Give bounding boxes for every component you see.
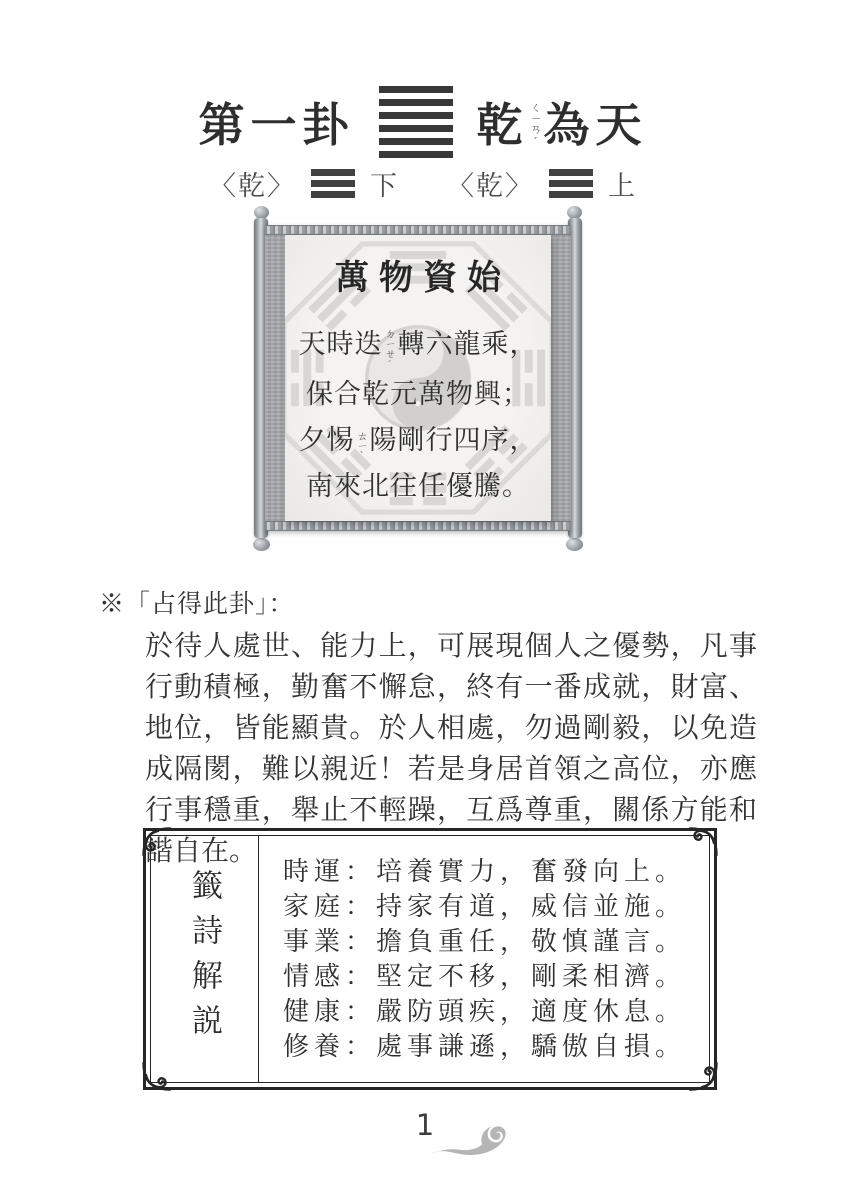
upper-trigram-name: 〈乾〉 (447, 164, 534, 203)
hexagram-zhuyin-label: ㄑㄧㄢˊ (530, 101, 542, 149)
scroll-banner: 萬物資始 天時迭ㄉㄧㄝˊ轉六龍乘， 保合乾元萬物興； 夕惕ㄊㄧˋ陽剛行四序， 南… (252, 204, 584, 551)
scroll-heading: 萬物資始 (285, 259, 551, 299)
trigram-formula: 〈乾〉 下 〈乾〉 上 (0, 164, 846, 203)
fortune-side-label: 籤詩解説 (151, 836, 258, 1082)
lower-position-label: 下 (370, 164, 399, 203)
hexagram-poem: 天時迭ㄉㄧㄝˊ轉六龍乘， 保合乾元萬物興； 夕惕ㄊㄧˋ陽剛行四序， 南來北往任優… (285, 321, 551, 509)
chapter-number-label: 第一卦 (199, 89, 355, 155)
hexagram-name-label: 乾 (477, 89, 529, 155)
zhuyin-annotation: ㄉㄧㄝˊ (384, 328, 396, 371)
poem-line-1: 天時迭ㄉㄧㄝˊ轉六龍乘， (285, 321, 551, 371)
upper-position-label: 上 (608, 164, 637, 203)
fortune-row-jiating: 家庭：持家有道，威信並施。 (283, 889, 709, 924)
fortune-row-qinggan: 情感：堅定不移，剛柔相濟。 (283, 959, 709, 994)
poem-line-2: 保合乾元萬物興； (285, 371, 551, 417)
hexagram-title: 乾 ㄑㄧㄢˊ 為天 (477, 89, 648, 155)
page-title: 第一卦 乾 ㄑㄧㄢˊ 為天 (0, 86, 846, 158)
roller-knob-icon (253, 538, 270, 551)
scroll-paper: 萬物資始 天時迭ㄉㄧㄝˊ轉六龍乘， 保合乾元萬物興； 夕惕ㄊㄧˋ陽剛行四序， 南… (285, 235, 551, 521)
fortune-box: 籤詩解説 時運：培養實力，奮發向上。 家庭：持家有道，威信並施。 事業：擔負重任… (143, 828, 717, 1090)
cloud-swirl-icon (428, 1120, 526, 1172)
scroll-fabric: 萬物資始 天時迭ㄉㄧㄝˊ轉六龍乘， 保合乾元萬物興； 夕惕ㄊㄧˋ陽剛行四序， 南… (265, 225, 571, 531)
meander-band-bottom (265, 521, 571, 531)
qian-trigram-icon-lower (311, 169, 355, 198)
meander-band-top (265, 225, 571, 235)
fortune-row-jiankang: 健康：嚴防頭疾，適度休息。 (283, 994, 709, 1029)
book-page: 第一卦 乾 ㄑㄧㄢˊ 為天 〈乾〉 下 〈乾〉 上 (0, 0, 846, 1200)
poem-line-4: 南來北往任優騰。 (285, 463, 551, 509)
fortune-rows: 時運：培養實力，奮發向上。 家庭：持家有道，威信並施。 事業：擔負重任，敬慎謹言… (259, 836, 709, 1082)
corner-flourish-icon (689, 826, 719, 856)
corner-flourish-icon (141, 1062, 171, 1092)
corner-flourish-icon (141, 826, 171, 856)
corner-flourish-icon (689, 1062, 719, 1092)
divination-marker: ※「占得此卦」： (99, 584, 295, 620)
roller-knob-icon (566, 538, 583, 551)
qian-hexagram-icon (375, 86, 457, 158)
fortune-box-inner: 籤詩解説 時運：培養實力，奮發向上。 家庭：持家有道，威信並施。 事業：擔負重任… (150, 835, 710, 1083)
fortune-row-xiuyang: 修養：處事謙遜，驕傲自損。 (283, 1029, 709, 1064)
poem-line-3: 夕惕ㄊㄧˋ陽剛行四序， (285, 417, 551, 463)
hexagram-title-suffix: 為天 (544, 89, 648, 155)
qian-trigram-icon-upper (549, 169, 593, 198)
fortune-row-shiye: 事業：擔負重任，敬慎謹言。 (283, 924, 709, 959)
lower-trigram-name: 〈乾〉 (209, 164, 296, 203)
fortune-row-shiyun: 時運：培養實力，奮發向上。 (283, 854, 709, 889)
zhuyin-annotation: ㄊㄧˋ (356, 430, 368, 462)
